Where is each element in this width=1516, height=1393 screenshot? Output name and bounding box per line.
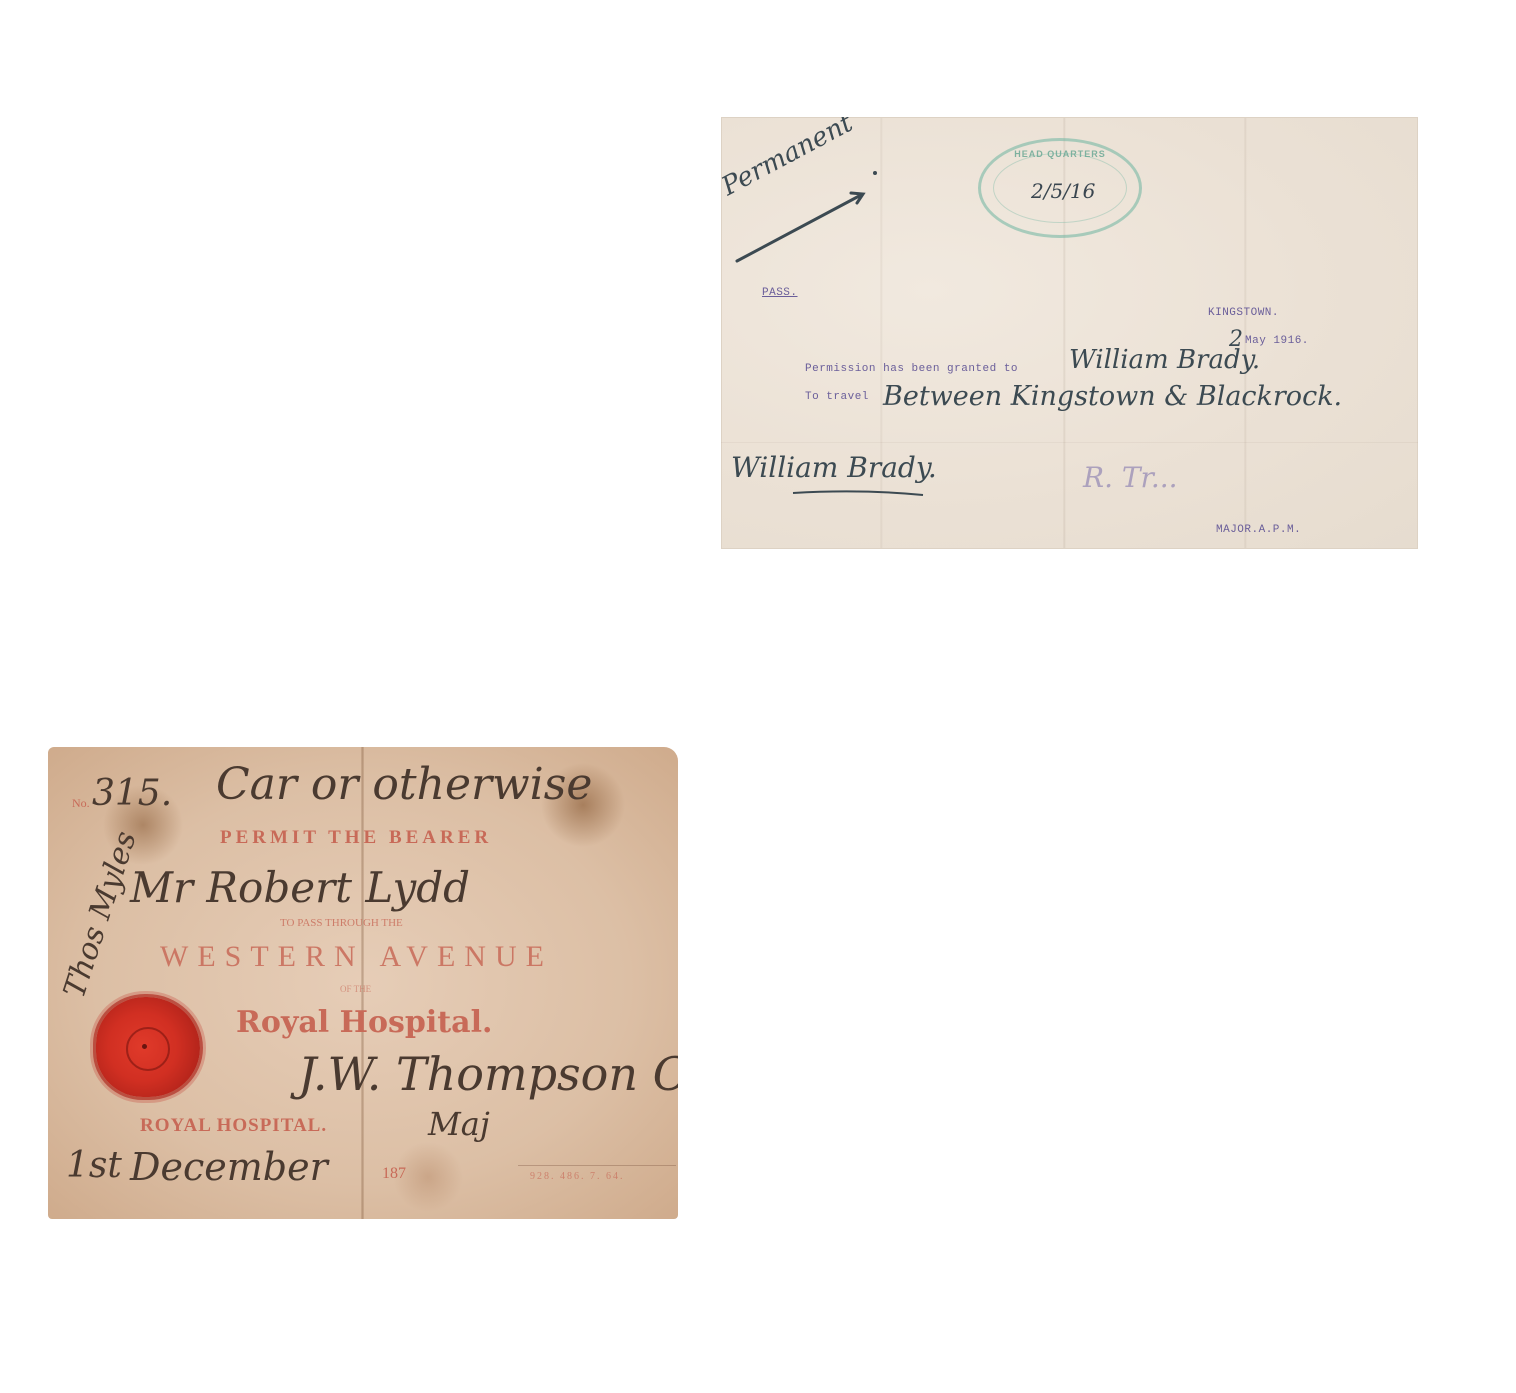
year: 187 — [382, 1165, 406, 1183]
printer-code: 928. 486. 7. 64. — [530, 1171, 625, 1182]
officer-signature: R. Tr... — [1083, 461, 1178, 494]
avenue-name: WESTERN AVENUE — [160, 940, 553, 974]
signature-underline — [791, 487, 931, 499]
bearer-name: Mr Robert Lydd — [130, 863, 470, 912]
place-label: ROYAL HOSPITAL. — [140, 1115, 327, 1137]
pass-heading: PASS. — [762, 287, 798, 299]
authority-signature: J.W. Thompson Col. — [298, 1047, 678, 1101]
bearer-signature: William Brady. — [731, 451, 937, 484]
institution-name: Royal Hospital. — [236, 1005, 492, 1040]
date-day: 1st — [66, 1145, 122, 1186]
paper-fold — [361, 747, 364, 1219]
red-wax-seal — [96, 997, 200, 1097]
pass-number: 315. — [92, 773, 172, 814]
pass-through-label: TO PASS THROUGH THE — [280, 917, 403, 929]
annotation-underline-arrow — [733, 167, 883, 267]
of-the-label: OF THE — [340, 984, 371, 994]
authority-suffix: Maj — [428, 1105, 490, 1143]
kingstown-pass-1916: Permanent HEAD QUARTERS 2/5/16 PASS. KIN… — [721, 117, 1418, 549]
margin-note: Thos Myles — [57, 827, 144, 1002]
royal-hospital-pass: No. 315. Car or otherwise PERMIT THE BEA… — [48, 747, 678, 1219]
officer-title: MAJOR.A.P.M. — [1216, 524, 1301, 536]
travel-route: Between Kingstown & Blackrock. — [883, 381, 1342, 412]
vehicle-note: Car or otherwise — [216, 759, 592, 810]
stamp-ring-text: HEAD QUARTERS — [981, 149, 1139, 159]
number-label: No. — [72, 796, 90, 811]
permission-label: Permission has been granted to — [805, 363, 1018, 375]
permit-label: PERMIT THE BEARER — [220, 827, 492, 849]
pass-place: KINGSTOWN. — [1208, 307, 1279, 319]
footer-rule — [518, 1165, 676, 1166]
headquarters-stamp: HEAD QUARTERS 2/5/16 — [978, 138, 1142, 238]
travel-label: To travel — [805, 391, 869, 403]
paper-crease — [721, 442, 1418, 443]
date-month: December — [130, 1145, 328, 1189]
permission-name: William Brady. — [1069, 345, 1260, 375]
stamp-date: 2/5/16 — [1031, 179, 1095, 203]
